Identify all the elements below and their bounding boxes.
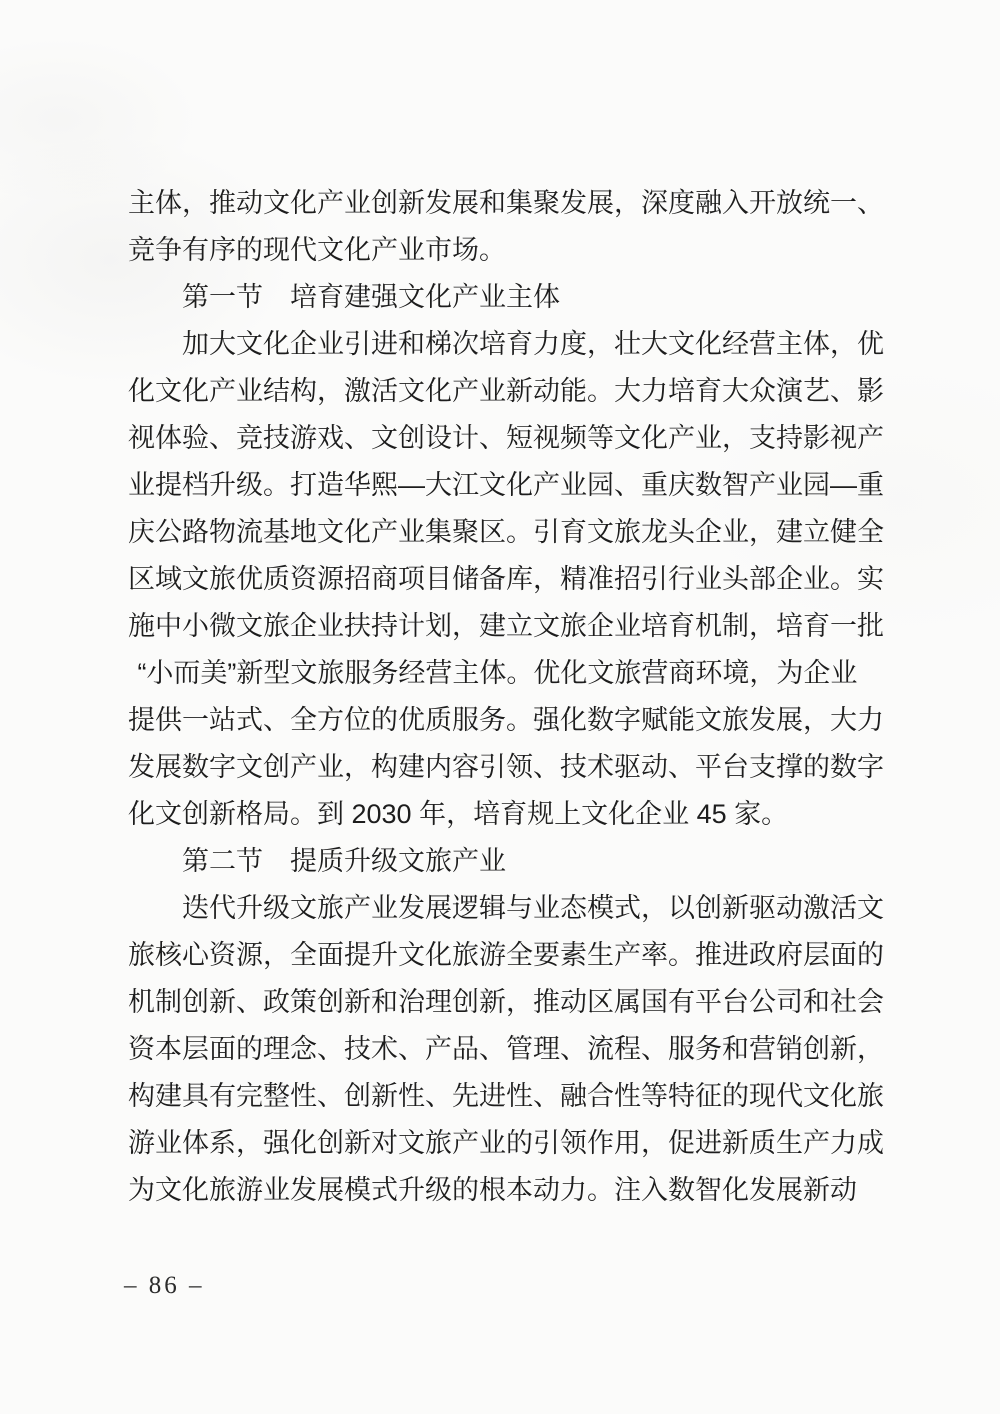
page-number: – 86 – xyxy=(124,1272,205,1300)
text-line: 旅核心资源，全面提升文化旅游全要素生产率。推进政府层面的 xyxy=(128,932,880,979)
text-line: 机制创新、政策创新和治理创新，推动区属国有平台公司和社会 xyxy=(128,979,880,1026)
text-line: 提供一站式、全方位的优质服务。强化数字赋能文旅发展，大力 xyxy=(128,697,880,744)
text-line: 化文创新格局。到 2030 年，培育规上文化企业 45 家。 xyxy=(128,791,880,838)
section-heading: 第一节 培育建强文化产业主体 xyxy=(128,274,880,321)
text-line: 构建具有完整性、创新性、先进性、融合性等特征的现代文化旅 xyxy=(128,1073,880,1120)
text-line: 视体验、竞技游戏、文创设计、短视频等文化产业，支持影视产 xyxy=(128,415,880,462)
text-line: 加大文化企业引进和梯次培育力度，壮大文化经营主体，优 xyxy=(128,321,880,368)
text-line: 业提档升级。打造华熙—大江文化产业园、重庆数智产业园—重 xyxy=(128,462,880,509)
text-line: 迭代升级文旅产业发展逻辑与业态模式，以创新驱动激活文 xyxy=(128,885,880,932)
text-line: 施中小微文旅企业扶持计划，建立文旅企业培育机制，培育一批 xyxy=(128,603,880,650)
document-body: 主体，推动文化产业创新发展和集聚发展，深度融入开放统一、竞争有序的现代文化产业市… xyxy=(128,180,880,1214)
text-line: “小而美”新型文旅服务经营主体。优化文旅营商环境，为企业 xyxy=(128,650,880,697)
text-line: 竞争有序的现代文化产业市场。 xyxy=(128,227,880,274)
text-line: 游业体系，强化创新对文旅产业的引领作用，促进新质生产力成 xyxy=(128,1120,880,1167)
text-line: 庆公路物流基地文化产业集聚区。引育文旅龙头企业，建立健全 xyxy=(128,509,880,556)
text-line: 化文化产业结构，激活文化产业新动能。大力培育大众演艺、影 xyxy=(128,368,880,415)
text-line: 资本层面的理念、技术、产品、管理、流程、服务和营销创新， xyxy=(128,1026,880,1073)
text-line: 区域文旅优质资源招商项目储备库，精准招引行业头部企业。实 xyxy=(128,556,880,603)
text-line: 为文化旅游业发展模式升级的根本动力。注入数智化发展新动 xyxy=(128,1167,880,1214)
text-line: 发展数字文创产业，构建内容引领、技术驱动、平台支撑的数字 xyxy=(128,744,880,791)
text-line: 主体，推动文化产业创新发展和集聚发展，深度融入开放统一、 xyxy=(128,180,880,227)
section-heading: 第二节 提质升级文旅产业 xyxy=(128,838,880,885)
document-page: 主体，推动文化产业创新发展和集聚发展，深度融入开放统一、竞争有序的现代文化产业市… xyxy=(0,0,1000,1414)
